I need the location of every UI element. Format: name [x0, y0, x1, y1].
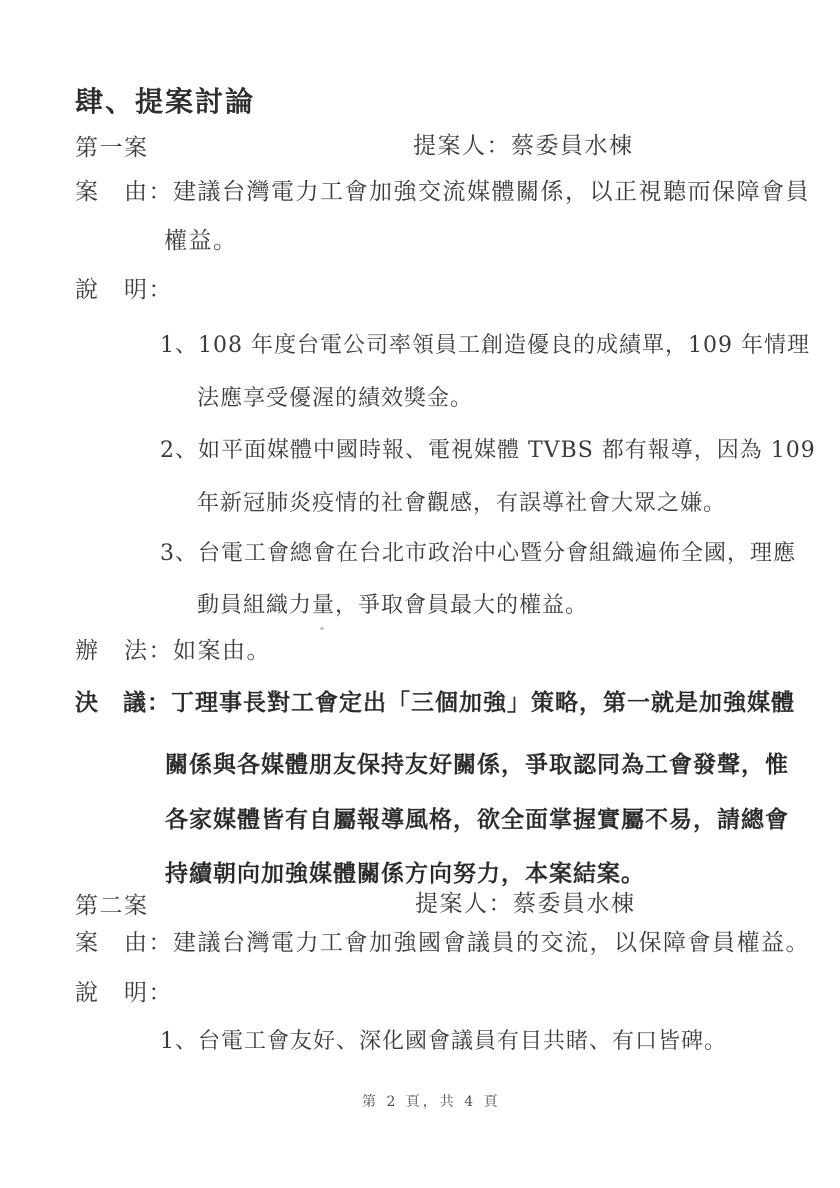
case1-proposer: 提案人：蔡委員水棟	[413, 132, 634, 161]
case1-resolution-line1: 決 議：丁理事長對工會定出「三個加強」策略，第一就是加強媒體	[75, 689, 795, 718]
section-title: 肆、提案討論	[75, 84, 255, 119]
case1-resolution-line4: 持續朝向加強媒體關係方向努力，本案結案。	[165, 860, 645, 889]
case1-resolution-line3: 各家媒體皆有自屬報導風格，欲全面掌握實屬不易，請總會	[165, 806, 789, 835]
case1-item2-line2: 年新冠肺炎疫情的社會觀感，有誤導社會大眾之嫌。	[197, 490, 726, 518]
case1-subject-line1: 案 由：建議台灣電力工會加強交流媒體關係，以正視聽而保障會員	[75, 178, 810, 207]
case1-resolution-label: 決 議：	[75, 689, 171, 716]
case1-method-text: 如案由。	[173, 638, 271, 664]
case1-resolution-text: 丁理事長對工會定出「三個加強」策略，第一就是加強媒體	[171, 689, 795, 716]
case1-method-label: 辦 法：	[75, 638, 173, 664]
case1-item3-line2: 動員組織力量，爭取會員最大的權益。	[197, 592, 588, 620]
case1-item1-line2: 法應享受優渥的績效獎金。	[197, 385, 473, 413]
case2-subject-line1: 案 由：建議台灣電力工會加強國會議員的交流，以保障會員權益。	[75, 929, 810, 958]
case2-subject-text: 建議台灣電力工會加強國會議員的交流，以保障會員權益。	[173, 930, 810, 956]
case1-subject-text: 建議台灣電力工會加強交流媒體關係，以正視聽而保障會員	[173, 179, 810, 205]
case1-subject-label: 案 由：	[75, 179, 173, 205]
page-number-footer: 第 2 頁，共 4 頁	[362, 1094, 501, 1112]
case1-resolution-line2: 關係與各媒體朋友保持友好關係，爭取認同為工會發聲，惟	[165, 751, 789, 780]
case1-item3-line1: 3、台電工會總會在台北市政治中心暨分會組織遍佈全國，理應	[160, 540, 796, 568]
case1-item1-line1: 1、108 年度台電公司率領員工創造優良的成績單，109 年情理	[160, 332, 810, 360]
case1-number: 第一案	[75, 134, 149, 163]
case2-proposer: 提案人：蔡委員水棟	[415, 890, 636, 919]
case1-item2-line1: 2、如平面媒體中國時報、電視媒體 TVBS 都有報導，因為 109	[160, 437, 816, 465]
case2-explanation-label: 說 明：	[75, 979, 173, 1008]
case2-item1-line1: 1、台電工會友好、深化國會議員有目共睹、有口皆碑。	[160, 1028, 727, 1056]
case2-subject-label: 案 由：	[75, 930, 173, 956]
document-page: 肆、提案討論 第一案 提案人：蔡委員水棟 案 由：建議台灣電力工會加強交流媒體關…	[0, 0, 840, 1188]
case1-subject-line2: 權益。	[164, 227, 238, 256]
case1-explanation-label: 說 明：	[75, 276, 173, 305]
scan-speck	[320, 627, 324, 630]
case1-method-line: 辦 法：如案由。	[75, 637, 271, 666]
case2-number: 第二案	[75, 892, 149, 921]
